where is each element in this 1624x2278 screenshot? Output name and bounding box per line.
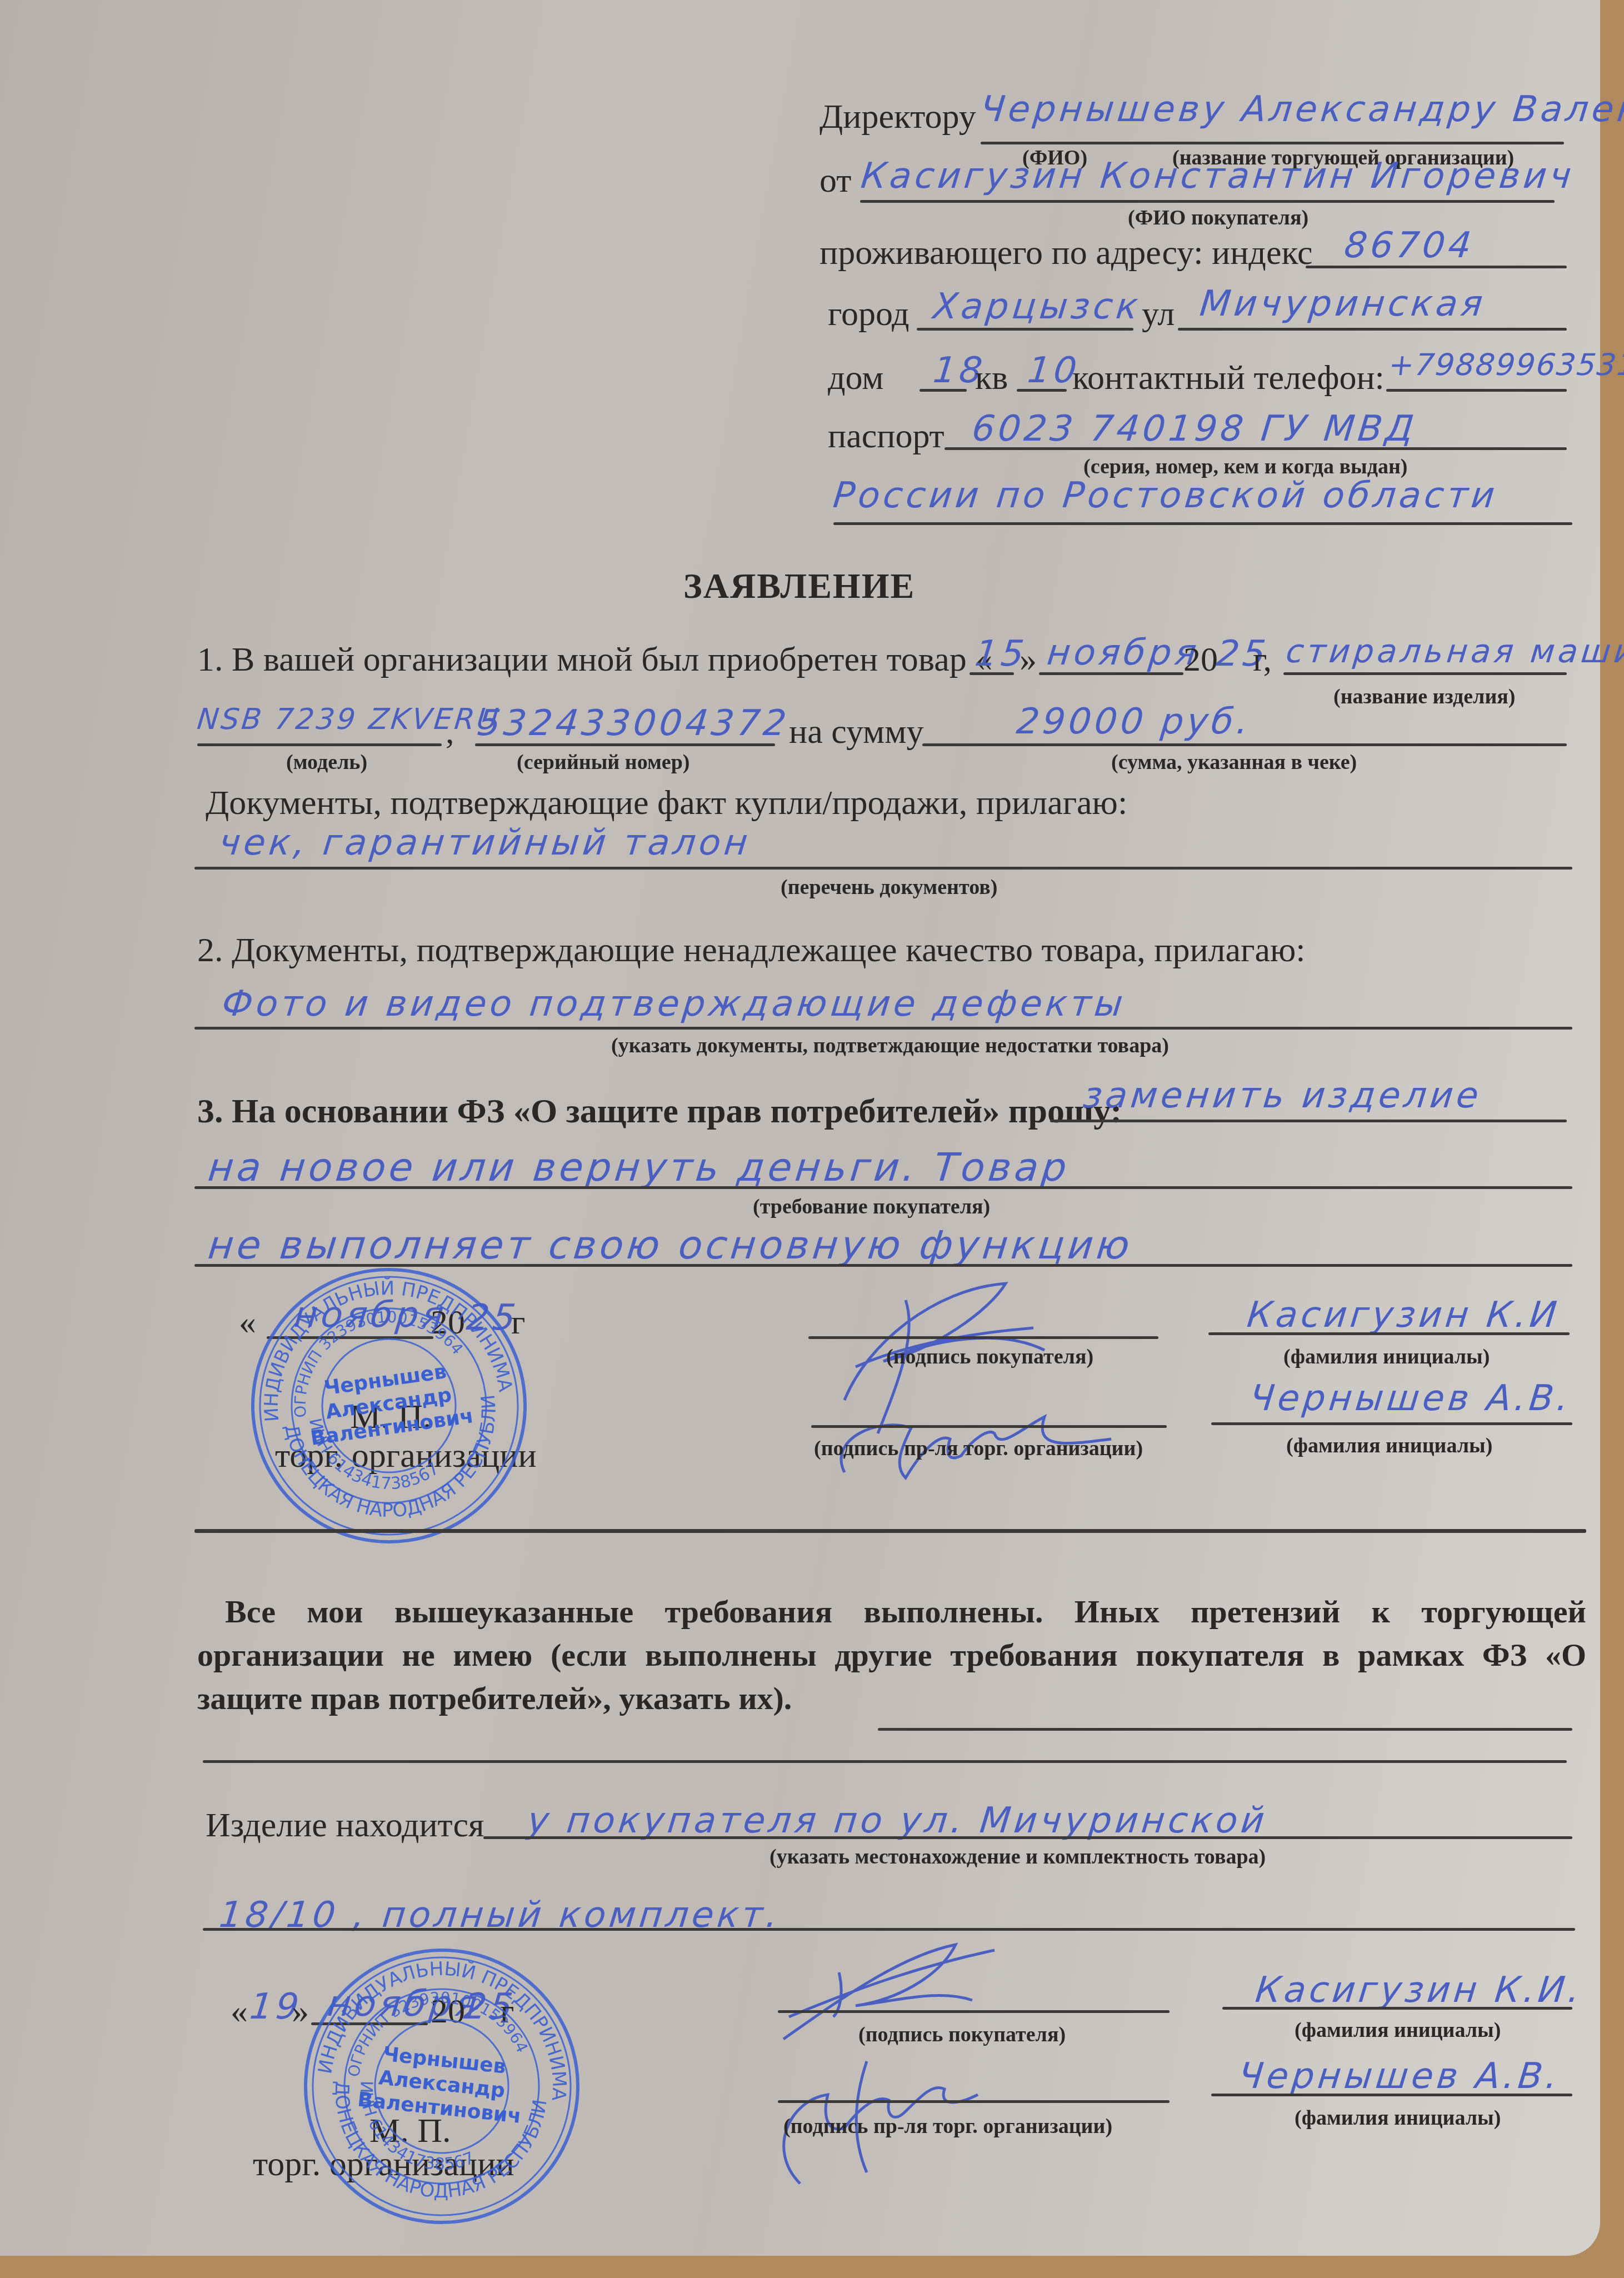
closing-statement: Все мои вышеуказанные требования выполне… bbox=[197, 1590, 1586, 1720]
phone-label: контактный телефон: bbox=[1072, 358, 1385, 398]
buyer-line bbox=[860, 200, 1555, 203]
seller-initials-1: Чернышев А.В. bbox=[1248, 1378, 1573, 1419]
phone-value: +79889963531 bbox=[1387, 347, 1624, 382]
product-name: стиральная машина bbox=[1284, 632, 1624, 670]
location-value: у покупателя по ул. Мичуринской bbox=[526, 1800, 1270, 1841]
caption-seller-sig-2: (подпись пр-ля торг. организации) bbox=[783, 2114, 1112, 2139]
company-stamp-2: ИНДИВИДУАЛЬНЫЙ ПРЕДПРИНИМАТЕЛЬ ДОНЕЦКАЯ … bbox=[283, 1927, 601, 2245]
demand-underline-2 bbox=[194, 1186, 1572, 1189]
index-line bbox=[1306, 266, 1567, 268]
company-stamp-1: ИНДИВИДУАЛЬНЫЙ ПРЕДПРИНИМАТЕЛЬ ДОНЕЦКАЯ … bbox=[226, 1242, 552, 1568]
sum-line bbox=[922, 743, 1567, 746]
purchase-docs: чек, гарантийный талон bbox=[217, 822, 753, 863]
buyer-sig-line-2 bbox=[778, 2010, 1170, 2013]
buyer-initials-1: Касигузин К.И bbox=[1245, 1295, 1562, 1336]
street-label: ул bbox=[1142, 294, 1175, 334]
section1-text: 1. В вашей организации мной был приобрет… bbox=[197, 640, 992, 680]
caption-buyer-name-1: (фамилия инициалы) bbox=[1283, 1345, 1490, 1369]
city-label: город bbox=[828, 294, 910, 334]
director-line bbox=[981, 142, 1564, 144]
seller-initials-2: Чернышев А.В. bbox=[1237, 2056, 1562, 2097]
stamp-seal-icon: ИНДИВИДУАЛЬНЫЙ ПРЕДПРИНИМАТЕЛЬ ДОНЕЦКАЯ … bbox=[226, 1242, 552, 1568]
defect-docs: Фото и видео подтверждающие дефекты bbox=[220, 983, 1128, 1025]
section3-text: 3. На основании ФЗ «О защите прав потреб… bbox=[197, 1092, 1122, 1131]
buyer-name-line-2 bbox=[1222, 2007, 1572, 2010]
buyer-fullname: Касигузин Константин Игоревич bbox=[859, 156, 1576, 197]
caption-sum: (сумма, указанная в чеке) bbox=[1111, 750, 1357, 775]
passport-line-2 bbox=[833, 522, 1572, 525]
from-label: от bbox=[820, 161, 851, 201]
caption-seller-name-1: (фамилия инициалы) bbox=[1286, 1433, 1492, 1458]
phone-line bbox=[1386, 389, 1567, 392]
caption-seller-sig-1: (подпись пр-ля торг. организации) bbox=[814, 1436, 1143, 1461]
year-g: г, bbox=[1253, 640, 1272, 680]
date2-open: « bbox=[231, 1992, 248, 2031]
caption-product: (название изделия) bbox=[1333, 685, 1516, 709]
caption-docs: (перечень документов) bbox=[781, 875, 997, 900]
buyer-name-line-1 bbox=[1208, 1332, 1570, 1335]
section2-text: 2. Документы, подтверждающие ненадлежаще… bbox=[197, 931, 1306, 970]
comma: , bbox=[446, 712, 454, 752]
flat-label: кв bbox=[975, 358, 1008, 398]
city-value: Харцызск bbox=[931, 286, 1143, 327]
buyer-sig-line-1 bbox=[808, 1336, 1158, 1339]
caption-serial: (серийный номер) bbox=[517, 750, 689, 775]
demand-underline-1 bbox=[1050, 1120, 1567, 1122]
passport-label: паспорт bbox=[828, 417, 945, 456]
document-paper: Директору Чернышеву Александру Валентино… bbox=[0, 0, 1600, 2256]
house-label: дом bbox=[828, 358, 884, 398]
year-prefix: 20 bbox=[1183, 640, 1218, 680]
section-divider bbox=[194, 1529, 1586, 1533]
city-line bbox=[917, 328, 1133, 331]
purchase-sum: 29000 руб. bbox=[1015, 701, 1253, 742]
product-model: NSB 7239 ZKVERU bbox=[196, 703, 502, 736]
flat-line bbox=[1017, 389, 1067, 392]
passport-issuer: России по Ростовской области bbox=[831, 475, 1500, 516]
model-line bbox=[197, 743, 442, 746]
other-demands-line-1 bbox=[878, 1728, 1572, 1731]
caption-buyer-fio: (ФИО покупателя) bbox=[1128, 206, 1308, 230]
product-serial: 532433004372 bbox=[476, 703, 791, 744]
day-line bbox=[970, 672, 1014, 675]
street-line bbox=[1178, 328, 1567, 331]
defect-docs-line bbox=[194, 1027, 1572, 1030]
passport-line bbox=[945, 447, 1567, 450]
product-line bbox=[1283, 672, 1567, 675]
director-label: Директору bbox=[820, 97, 976, 137]
demand-line-1: заменить изделие bbox=[1081, 1075, 1484, 1116]
document-title: ЗАЯВЛЕНИЕ bbox=[683, 566, 915, 607]
seller-sig-line-2 bbox=[778, 2100, 1170, 2103]
purchase-docs-line bbox=[194, 867, 1572, 870]
address-label: проживающего по адресу: индекс bbox=[820, 233, 1313, 273]
month-line bbox=[1039, 672, 1183, 675]
street-value: Мичуринская bbox=[1198, 283, 1488, 324]
seller-sig-line-1 bbox=[811, 1425, 1167, 1428]
caption-defect-docs: (указать документы, подтветждающие недос… bbox=[611, 1033, 1169, 1058]
sum-label: на сумму bbox=[789, 712, 924, 752]
caption-demand: (требование покупателя) bbox=[753, 1195, 990, 1219]
caption-buyer-sig-1: (подпись покупателя) bbox=[886, 1345, 1093, 1369]
stamp-seal-icon: ИНДИВИДУАЛЬНЫЙ ПРЕДПРИНИМАТЕЛЬ ДОНЕЦКАЯ … bbox=[283, 1927, 601, 2245]
location-label: Изделие находится bbox=[206, 1806, 484, 1845]
purchase-month: ноября bbox=[1045, 632, 1202, 673]
quote-close: » bbox=[1020, 640, 1037, 680]
caption-location: (указать местонахождение и комплектность… bbox=[769, 1845, 1266, 1869]
buyer-initials-2: Касигузин К.И. bbox=[1253, 1970, 1585, 2011]
caption-model: (модель) bbox=[286, 750, 367, 775]
seller-name-line-1 bbox=[1211, 1422, 1572, 1425]
caption-buyer-name-2: (фамилия инициалы) bbox=[1295, 2018, 1501, 2042]
postal-index: 86704 bbox=[1342, 225, 1476, 266]
seller-name-line-2 bbox=[1211, 2094, 1572, 2096]
director-name: Чернышеву Александру Валентиновичу bbox=[978, 89, 1624, 130]
purchase-docs-label: Документы, подтверждающие факт купли/про… bbox=[206, 783, 1127, 823]
house-line bbox=[920, 389, 967, 392]
passport-value: 6023 740198 ГУ МВД bbox=[970, 408, 1419, 449]
serial-line bbox=[475, 743, 775, 746]
location-line-2 bbox=[203, 1928, 1575, 1931]
caption-seller-name-2: (фамилия инициалы) bbox=[1295, 2106, 1501, 2130]
other-demands-line-2 bbox=[203, 1760, 1567, 1763]
demand-line-3: не выполняет свою основную функцию bbox=[206, 1222, 1135, 1268]
demand-line-2: на новое или вернуть деньги. Товар bbox=[206, 1145, 1072, 1190]
location-line bbox=[483, 1836, 1572, 1839]
